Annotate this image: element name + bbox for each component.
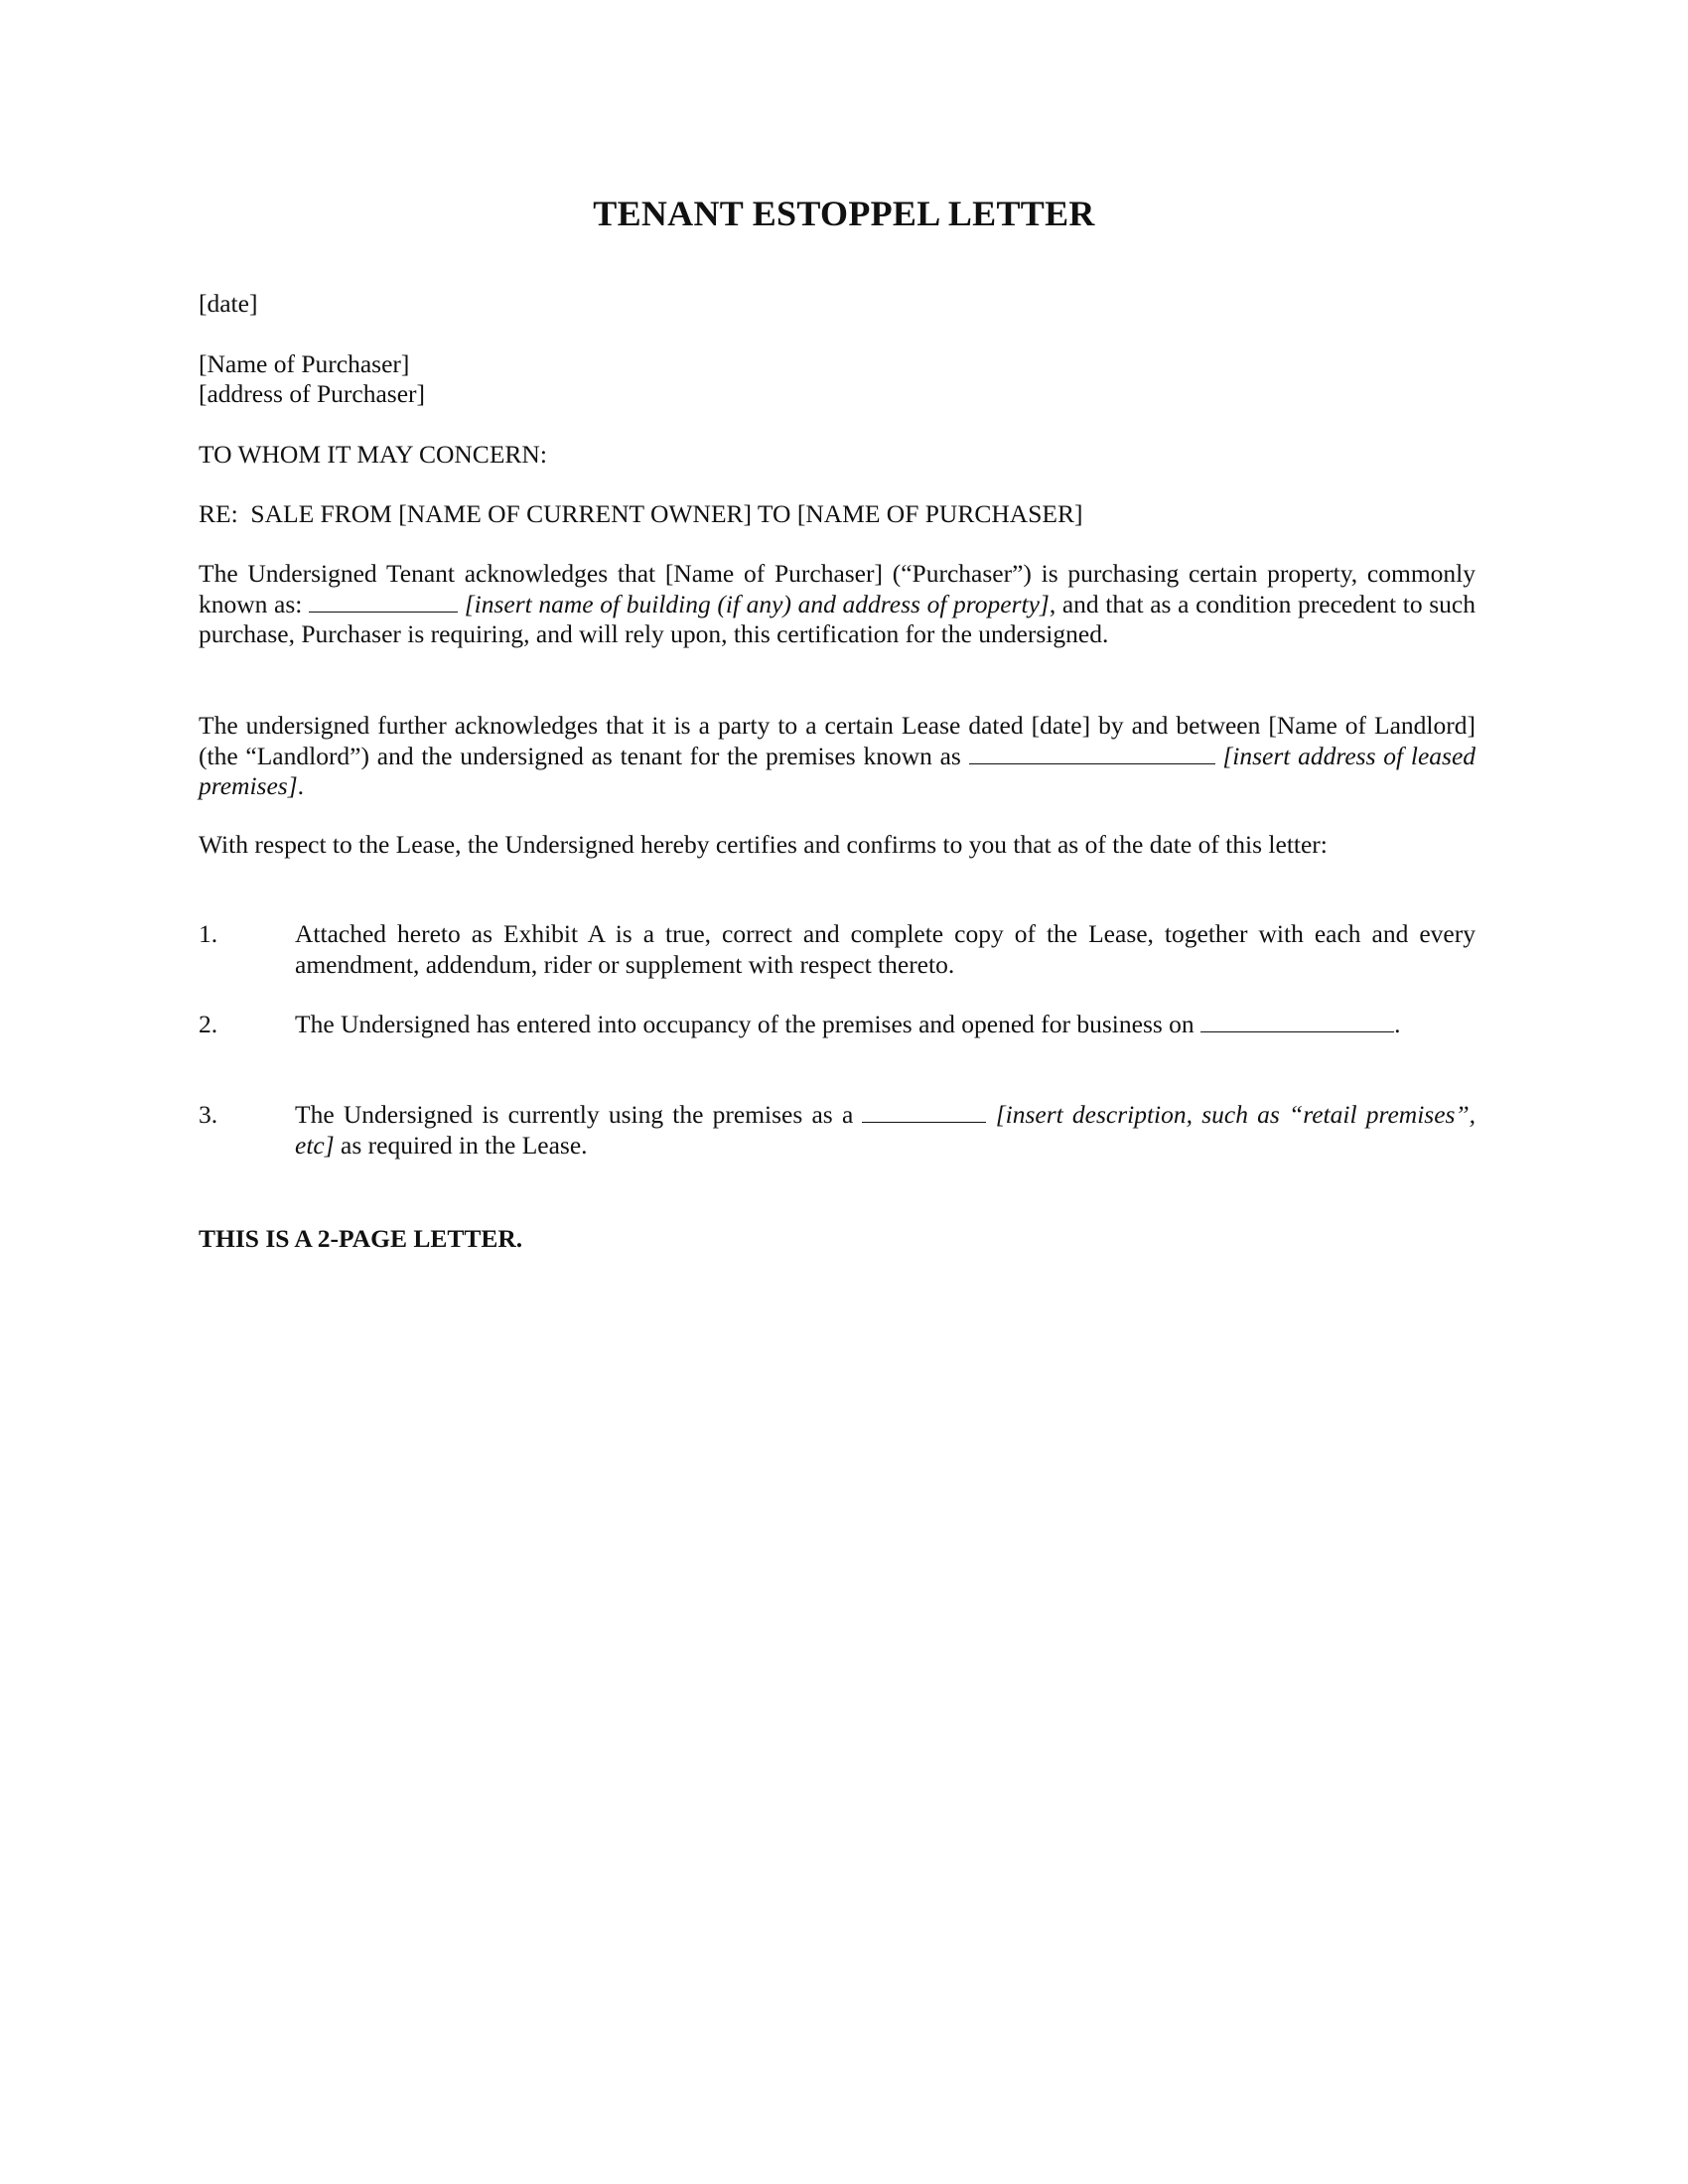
paragraph-certification-intro: With respect to the Lease, the Undersign… — [199, 830, 1476, 861]
item-number: 2. — [199, 1010, 217, 1040]
item-text: The Undersigned has entered into occupan… — [295, 1010, 1476, 1040]
item2-text: The Undersigned has entered into occupan… — [295, 1010, 1195, 1038]
item-number: 3. — [199, 1100, 217, 1131]
letter-date: [date] — [199, 289, 257, 320]
document-page: TENANT ESTOPPEL LETTER [date] [Name of P… — [0, 0, 1688, 2184]
recipient-name: [Name of Purchaser] — [199, 349, 409, 380]
item-text: Attached hereto as Exhibit A is a true, … — [295, 919, 1476, 980]
document-title: TENANT ESTOPPEL LETTER — [0, 193, 1688, 234]
footer-note: THIS IS A 2-PAGE LETTER. — [199, 1224, 522, 1255]
paragraph-purchase-acknowledgement: The Undersigned Tenant acknowledges that… — [199, 559, 1476, 650]
item3-text-after: as required in the Lease. — [335, 1131, 588, 1160]
item3-text: The Undersigned is currently using the p… — [295, 1100, 862, 1129]
blank-opening-date-field[interactable] — [1200, 1012, 1394, 1032]
blank-use-description-field[interactable] — [862, 1102, 986, 1123]
paragraph-lease-acknowledgement: The undersigned further acknowledges tha… — [199, 711, 1476, 802]
item-number: 1. — [199, 919, 217, 950]
salutation: TO WHOM IT MAY CONCERN: — [199, 440, 547, 471]
item-text: The Undersigned is currently using the p… — [295, 1100, 1476, 1160]
item2-text-after: . — [1394, 1010, 1400, 1038]
paragraph1-placeholder: [insert name of building (if any) and ad… — [465, 590, 1050, 618]
re-line: RE: SALE FROM [NAME OF CURRENT OWNER] TO… — [199, 499, 1082, 530]
recipient-address: [address of Purchaser] — [199, 379, 425, 410]
blank-building-field[interactable] — [309, 592, 458, 613]
paragraph2-text-b: . — [298, 771, 304, 800]
blank-premises-field[interactable] — [969, 744, 1215, 764]
